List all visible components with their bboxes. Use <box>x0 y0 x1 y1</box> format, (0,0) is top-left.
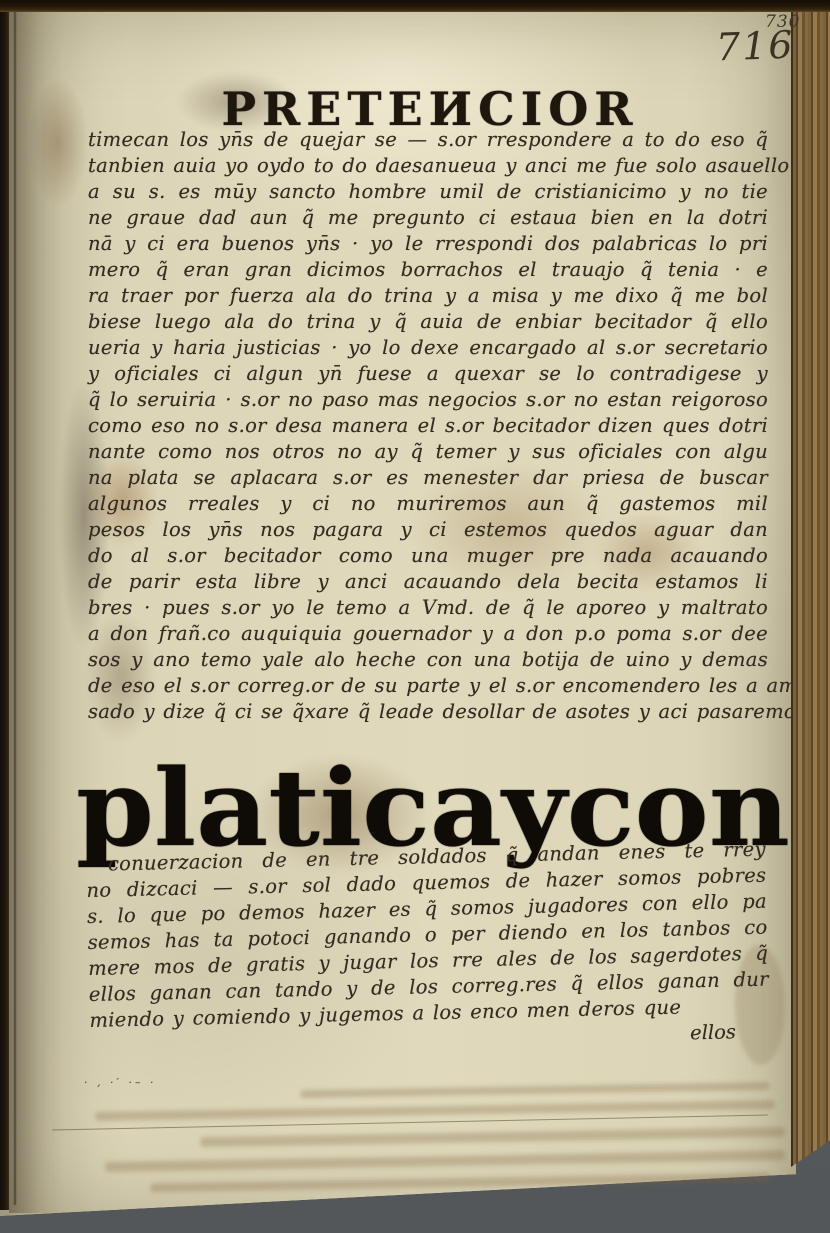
manuscript-line: nante como nos otros no ay q̃ temer y su… <box>88 439 768 465</box>
body-text-block: timecan los yn̄s de quejar se — s.or rre… <box>88 127 768 725</box>
binding-edge <box>0 8 9 1210</box>
manuscript-line: timecan los yn̄s de quejar se — s.or rre… <box>88 127 768 153</box>
folio-number-large: 716 <box>715 23 795 70</box>
manuscript-line: nā y ci era buenos yn̄s · yo le rrespond… <box>88 231 768 257</box>
manuscript-line: biese luego ala do trina y q̃ auia de en… <box>88 309 768 335</box>
manuscript-line: bres · pues s.or yo le temo a Vmd. de q̃… <box>88 595 768 621</box>
manuscript-line: q̃ lo seruiria · s.or no paso mas negoci… <box>88 387 768 413</box>
pen-marks: · ‚ ·′ ·– · <box>84 1076 156 1089</box>
manuscript-line: como eso no s.or desa manera el s.or bec… <box>88 413 768 439</box>
manuscript-line: pesos los yn̄s nos pagara y ci estemos q… <box>88 517 768 543</box>
manuscript-line: a don frañ.co auquiquia gouernador y a d… <box>88 621 768 647</box>
manuscript-line: sado y dize q̃ ci se q̃xare q̃ leade des… <box>88 699 768 725</box>
manuscript-line: na plata se aplacara s.or es menester da… <box>88 465 768 491</box>
lower-text-block: conuerzacion de en tre soldados q̃ andan… <box>86 837 771 1060</box>
manuscript-line: tanbien auia yo oydo to do daesanueua y … <box>88 153 768 179</box>
fore-edge-pages <box>791 7 830 1167</box>
manuscript-line: do al s.or becitador como una muger pre … <box>88 543 768 569</box>
manuscript-line: de eso el s.or correg.or de su parte y e… <box>88 673 768 699</box>
manuscript-line: ueria y haria justicias · yo lo dexe enc… <box>88 335 768 361</box>
manuscript-line: y oficiales ci algun yn̄ fuese a quexar … <box>88 361 768 387</box>
manuscript-line: algunos rreales y ci no muriremos aun q̃… <box>88 491 768 517</box>
manuscript-scan: 730 716 PRETEИCIOR timecan los yn̄s de q… <box>0 0 830 1233</box>
manuscript-line: a su s. es mūy sancto hombre umil de cri… <box>88 179 768 205</box>
manuscript-line: ra traer por fuerza ala do trina y a mis… <box>88 283 768 309</box>
gutter-crease <box>14 10 16 1205</box>
manuscript-line: ne graue dad aun q̃ me pregunto ci estau… <box>88 205 768 231</box>
top-binding-band <box>0 0 830 12</box>
manuscript-line: de parir esta libre y anci acauando dela… <box>88 569 768 595</box>
manuscript-line: mero q̃ eran gran dicimos borrachos el t… <box>88 257 768 283</box>
manuscript-line: sos y ano temo yale alo heche con una bo… <box>88 647 768 673</box>
gutter-shadow <box>9 8 95 1213</box>
